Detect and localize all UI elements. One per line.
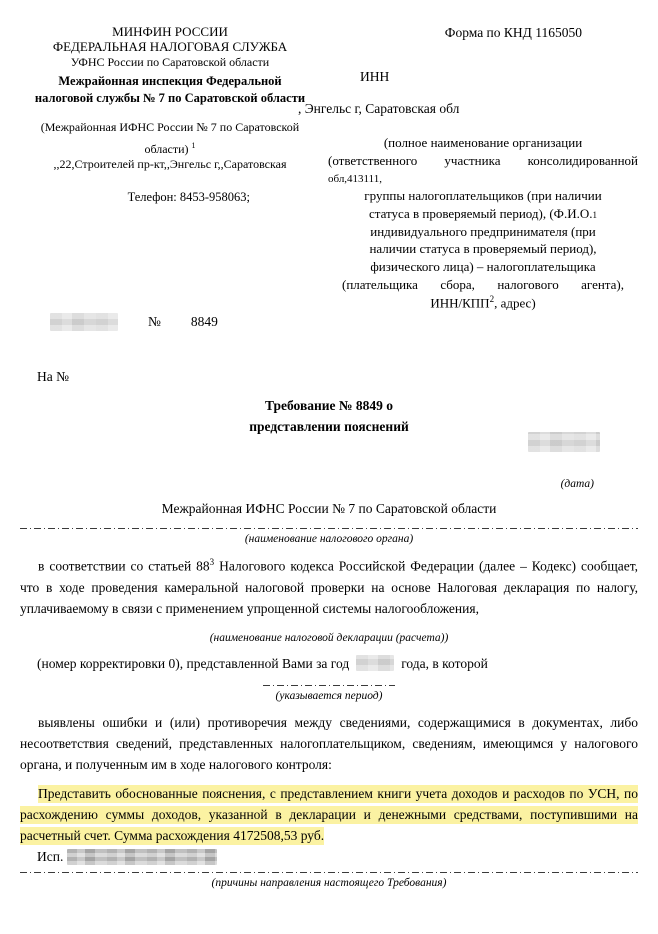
- inn-label: ИНН: [328, 68, 638, 86]
- ministry-line: МИНФИН РОССИИ: [20, 24, 320, 39]
- fio-footnote-marker: 1: [592, 210, 597, 220]
- outgoing-number-row: № 8849: [50, 312, 638, 332]
- document-header: МИНФИН РОССИИ ФЕДЕРАЛЬНАЯ НАЛОГОВАЯ СЛУЖ…: [20, 24, 638, 312]
- redacted-executor-name: [67, 849, 217, 865]
- inspection-name-line2: налоговой службы № 7 по Саратовской обла…: [20, 90, 320, 107]
- org-caption: (наименование налогового органа): [20, 533, 638, 545]
- hint-status-fio: статуса в проверяемый период), (Ф.И.О.1: [328, 205, 638, 223]
- document-number: 8849: [191, 314, 218, 330]
- recipient-address-line: , Энгельс г, Саратовская обл: [298, 100, 638, 118]
- highlighted-text: Представить обоснованные пояснения, с пр…: [20, 785, 638, 845]
- reason-caption: (причины направления настоящего Требован…: [20, 877, 638, 889]
- inspection-name-line1: Межрайонная инспекция Федеральной: [20, 73, 320, 90]
- service-line: ФЕДЕРАЛЬНАЯ НАЛОГОВАЯ СЛУЖБА: [20, 39, 320, 54]
- correction-line: (номер корректировки 0), представленной …: [37, 655, 638, 672]
- hint-full-name: (полное наименование организации: [328, 134, 638, 152]
- date-caption: (дата): [20, 478, 638, 490]
- declaration-caption: (наименование налоговой декларации (расч…: [20, 632, 638, 644]
- executor-row: Исп.: [37, 849, 638, 865]
- separator-line: [20, 528, 638, 529]
- sender-phone-line: Телефон: 8453-958063;: [20, 190, 320, 205]
- footnote-marker: 1: [192, 141, 196, 150]
- hint-individual: физического лица) – налогоплательщика: [328, 258, 638, 276]
- redacted-period-year: [356, 655, 394, 671]
- period-caption: (указывается период): [20, 690, 638, 702]
- sender-block: МИНФИН РОССИИ ФЕДЕРАЛЬНАЯ НАЛОГОВАЯ СЛУЖ…: [20, 24, 320, 312]
- sender-address-line: ,,22,Строителей пр-кт,,Энгельс г,,Сарато…: [20, 157, 320, 171]
- number-sign: №: [148, 314, 161, 330]
- recipient-hints: (полное наименование организации (ответс…: [328, 134, 638, 312]
- inspection-alt-name-line2: области) 1: [20, 141, 320, 156]
- paragraph-statute: в соответствии со статьей 883 Налогового…: [20, 555, 638, 619]
- title-line1: Требование № 8849 о: [20, 396, 638, 417]
- separator-line-short: [263, 685, 395, 686]
- hint-innkpp: ИНН/КПП2, адрес): [328, 293, 638, 312]
- paragraph-discrepancies: выявлены ошибки и (или) противоречия меж…: [20, 712, 638, 775]
- on-number-label: На №: [37, 369, 638, 385]
- hint-entrepreneur: индивидуального предпринимателя (при: [328, 223, 638, 241]
- paragraph-requirement: Представить обоснованные пояснения, с пр…: [20, 783, 638, 846]
- hint-region-index: обл,413111,: [328, 173, 382, 185]
- redacted-outgoing-date: [50, 313, 118, 331]
- inspection-alt-name-line1: (Межрайонная ИФНС России № 7 по Саратовс…: [20, 120, 320, 134]
- hint-status2: наличии статуса в проверяемый период),: [328, 240, 638, 258]
- tax-authority-name: Межрайонная ИФНС России № 7 по Саратовск…: [20, 501, 638, 517]
- hint-group: группы налогоплательщиков (при наличии: [328, 187, 638, 205]
- executor-label: Исп.: [37, 849, 63, 865]
- form-code: Форма по КНД 1165050: [328, 24, 638, 42]
- redacted-date: [528, 432, 600, 452]
- separator-line-bottom: [20, 872, 638, 873]
- department-line: УФНС России по Саратовской области: [20, 55, 320, 69]
- document-page: МИНФИН РОССИИ ФЕДЕРАЛЬНАЯ НАЛОГОВАЯ СЛУЖ…: [0, 0, 658, 934]
- recipient-block: Форма по КНД 1165050 ИНН , Энгельс г, Са…: [328, 24, 638, 312]
- hint-payer: (плательщика сбора, налогового агента),: [328, 276, 638, 294]
- hint-responsible: (ответственного участника консолидирован…: [328, 152, 638, 188]
